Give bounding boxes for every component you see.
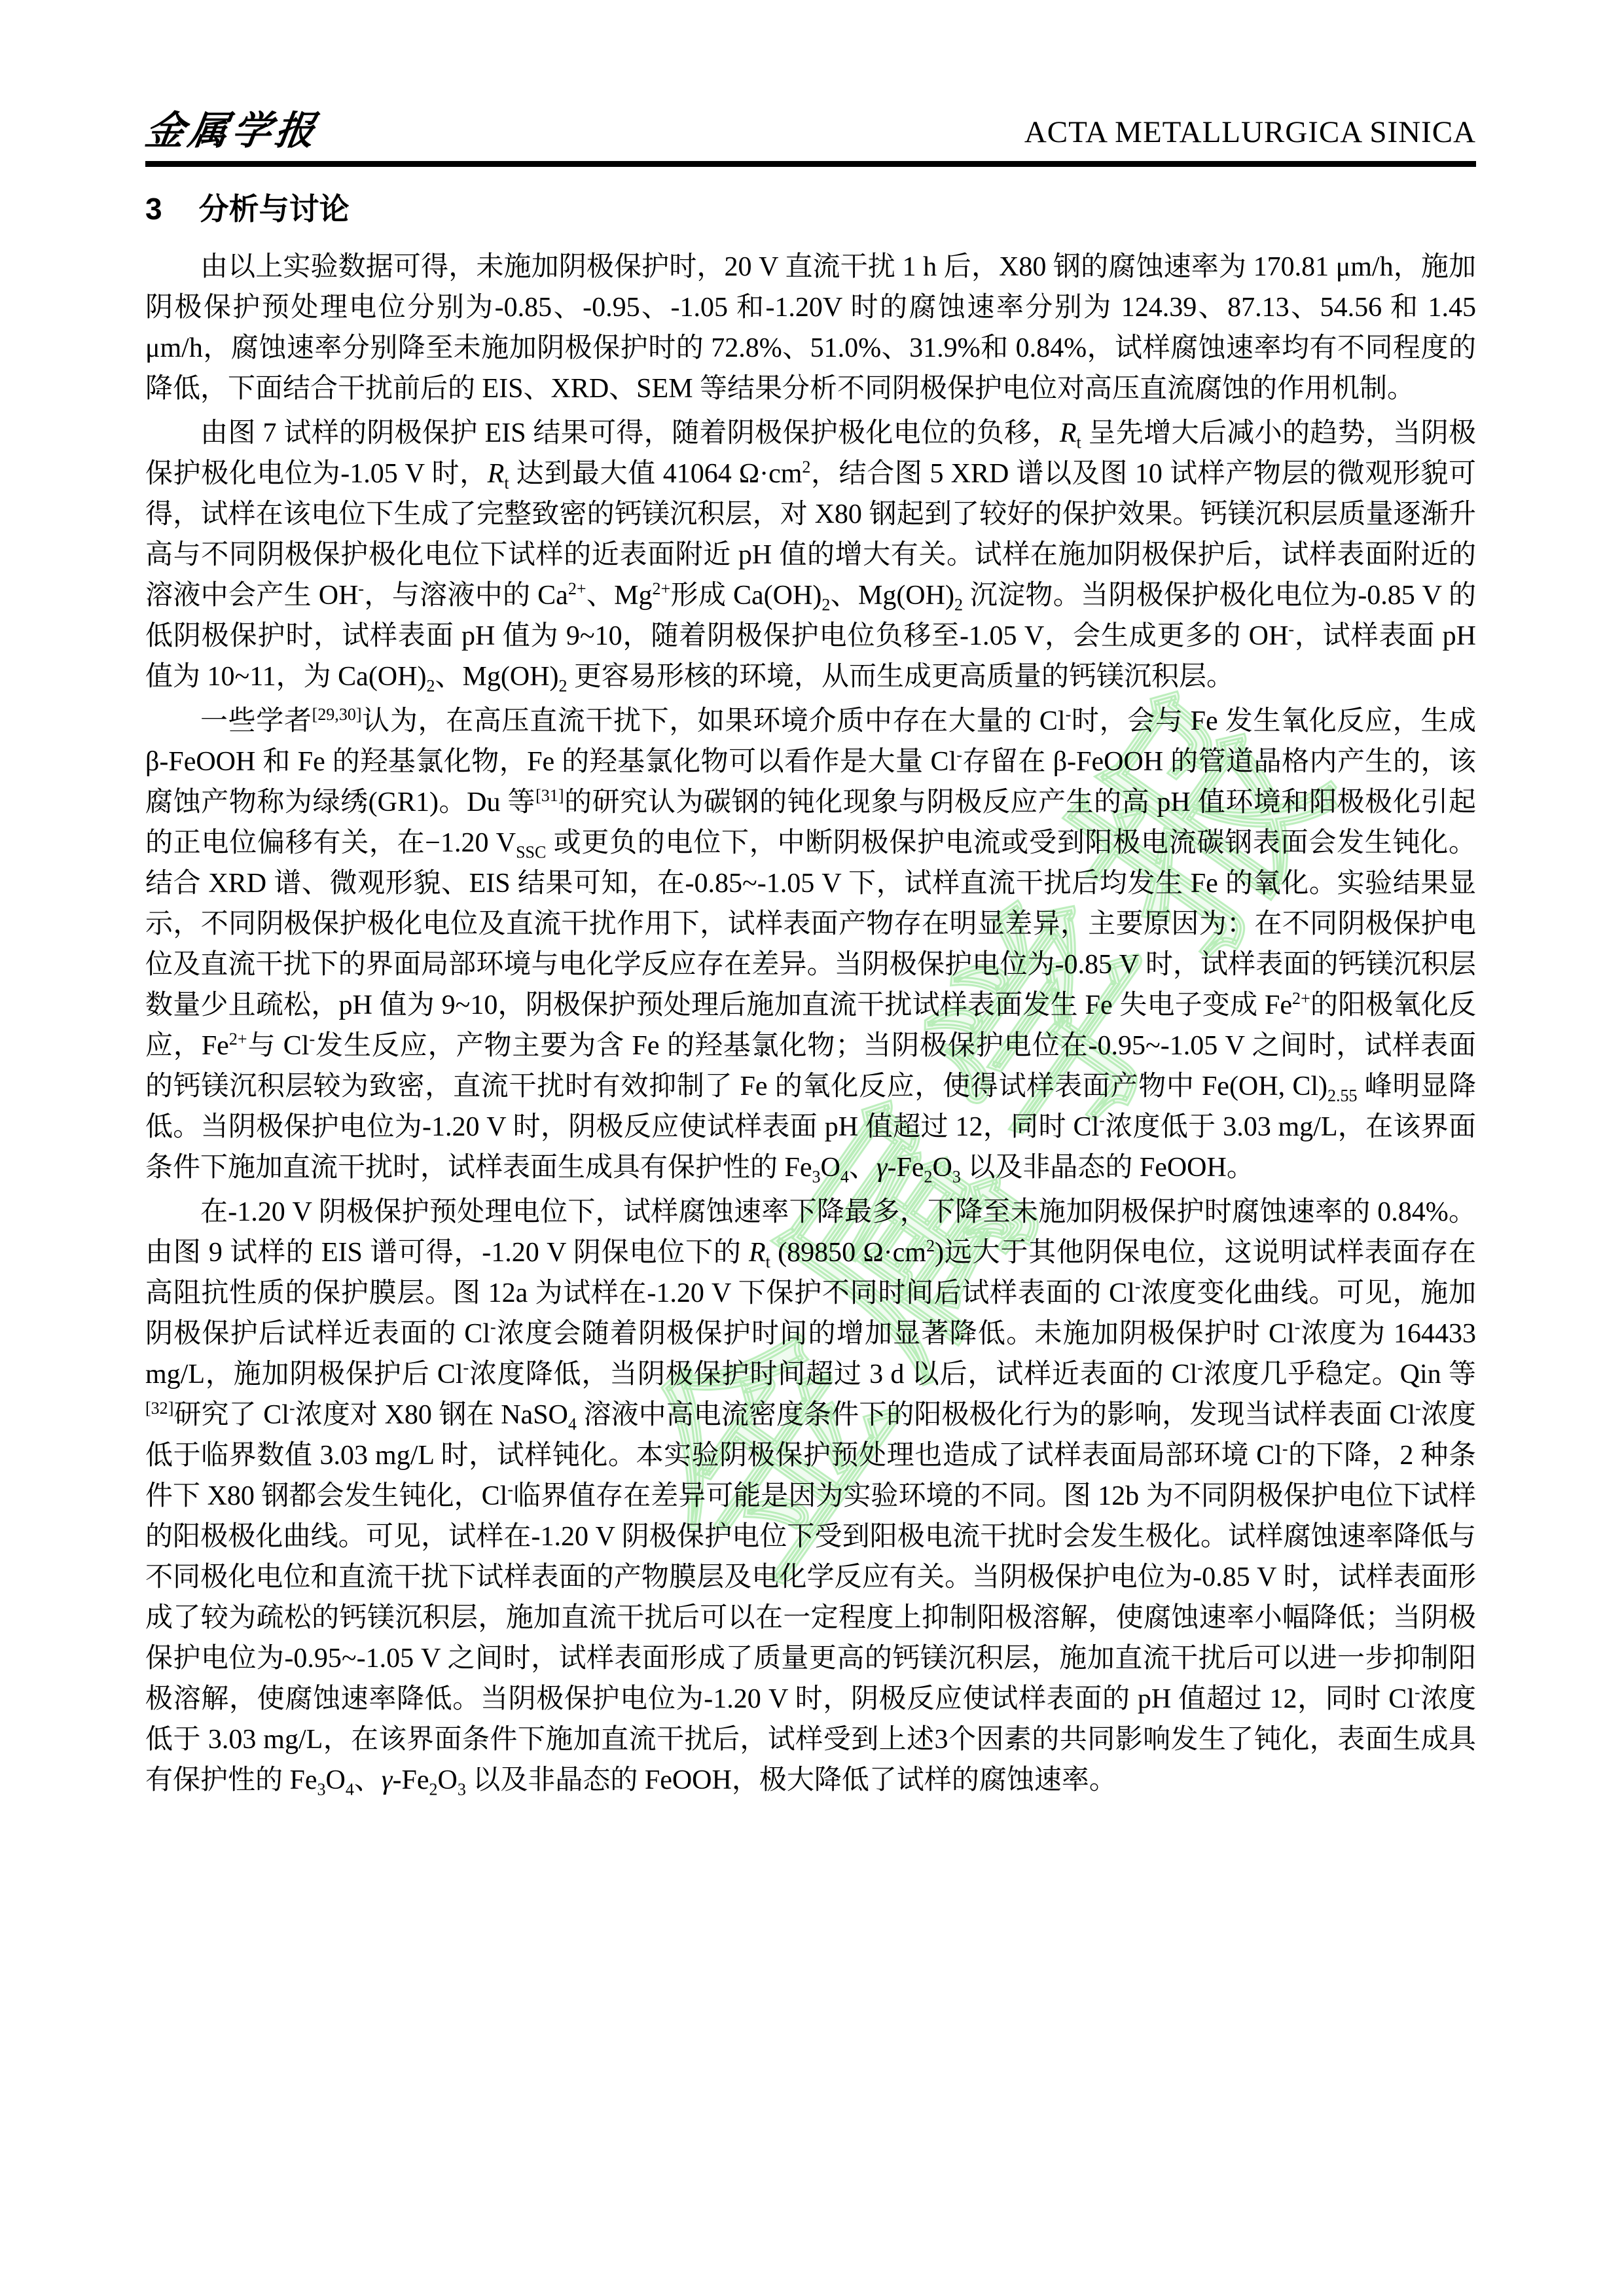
paragraph-chloride-oxidation: 一些学者[29,30]认为，在高压直流干扰下，如果环境介质中存在大量的 Cl-时… [145, 701, 1476, 1188]
header-rule [145, 161, 1476, 167]
page-header: 金属学报 ACTA METALLURGICA SINICA [145, 97, 1476, 154]
section-number: 3 [145, 191, 162, 227]
journal-logo: 金属学报 [142, 111, 321, 154]
paragraph-corrosion-rates: 由以上实验数据可得，未施加阴极保护时，20 V 直流干扰 1 h 后，X80 钢… [145, 247, 1476, 409]
paragraph-eis-deposit-layer: 由图 7 试样的阴极保护 EIS 结果可得，随着阴极保护极化电位的负移，Rt 呈… [145, 413, 1476, 697]
section-heading: 3 分析与讨论 [145, 191, 1476, 227]
paragraph-passivation-mechanism: 在-1.20 V 阴极保护预处理电位下，试样腐蚀速率下降最多，下降至未施加阴极保… [145, 1192, 1476, 1801]
article-content: 3 分析与讨论 由以上实验数据可得，未施加阴极保护时，20 V 直流干扰 1 h… [145, 191, 1476, 1804]
journal-page: 金属学报 ACTA METALLURGICA SINICA 金属学报 3 分析与… [0, 0, 1624, 2296]
journal-name: ACTA METALLURGICA SINICA [1024, 117, 1476, 154]
section-title: 分析与讨论 [199, 191, 350, 227]
